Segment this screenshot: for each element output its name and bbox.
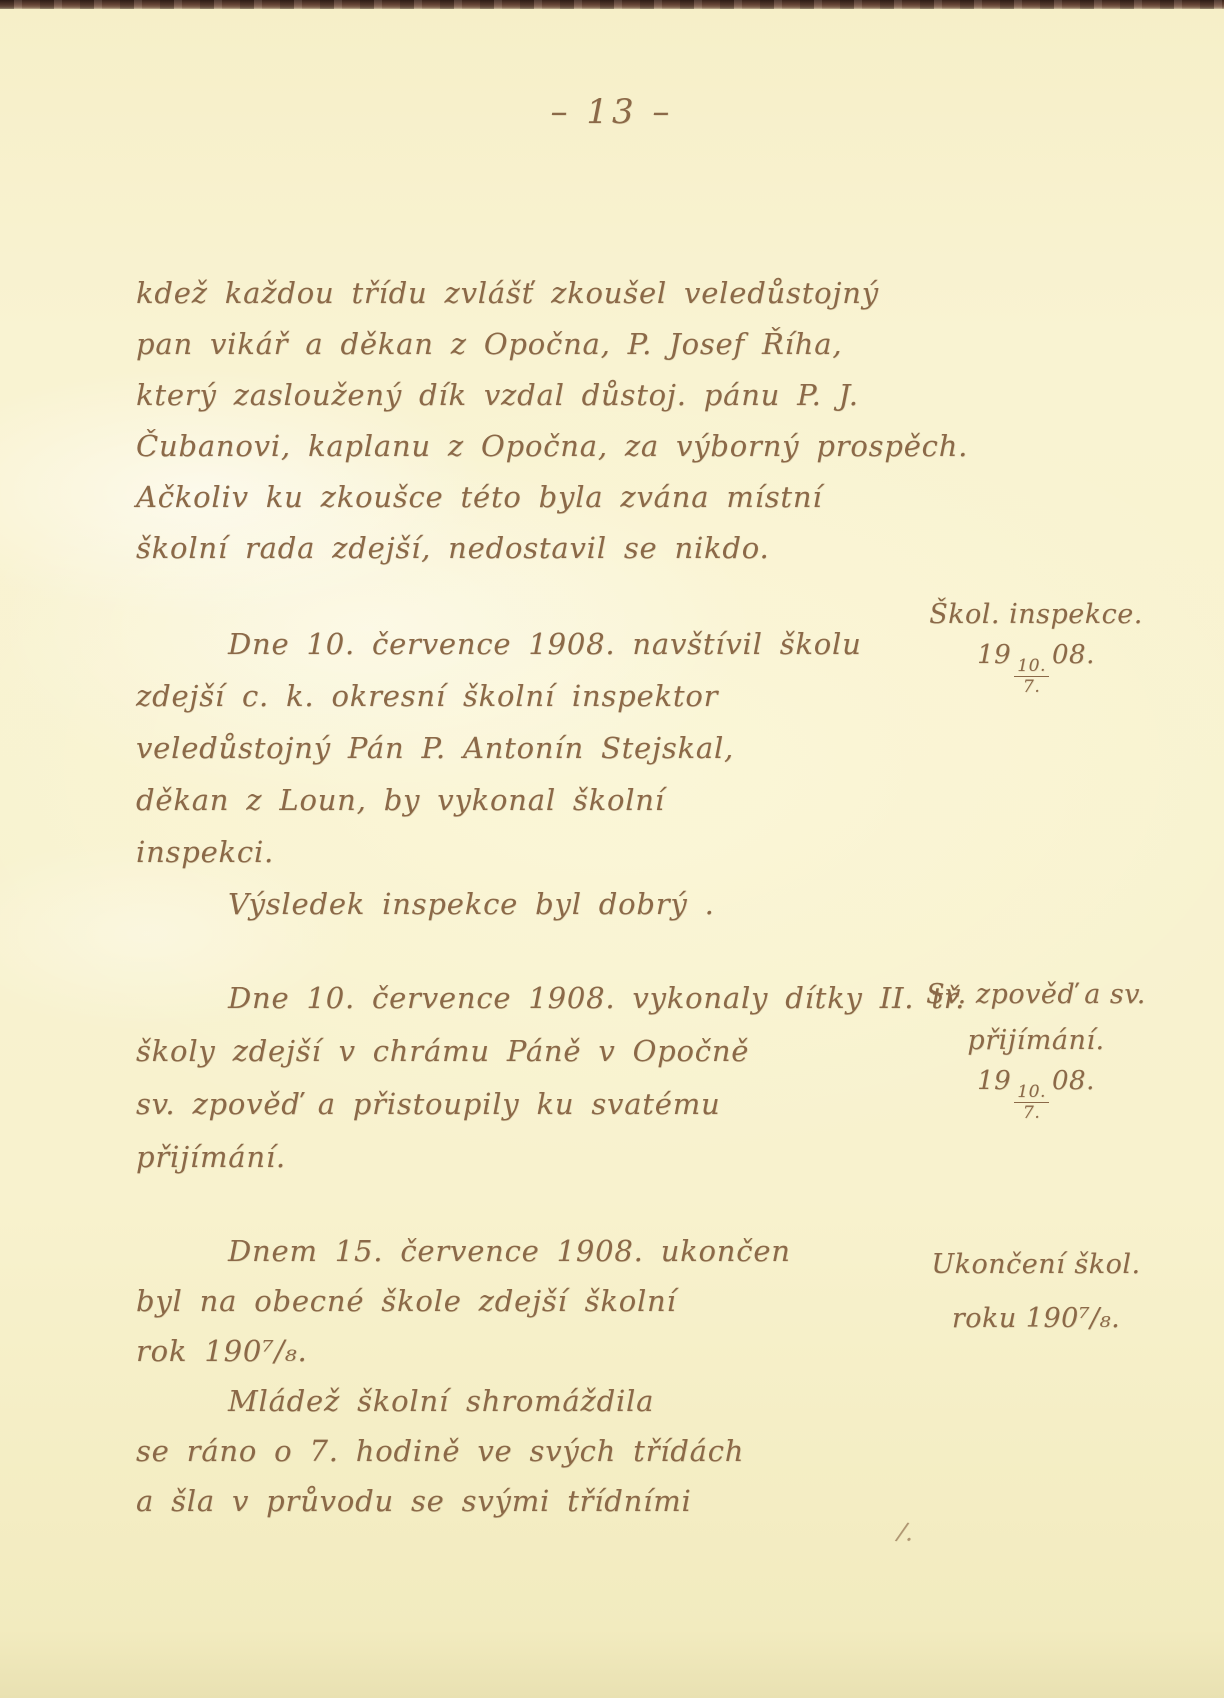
text-line: Ačkoliv ku zkoušce této byla zvána místn… <box>136 472 896 523</box>
margin-note-title: Škol. inspekce. <box>856 592 1216 638</box>
margin-note-title: Ukončení škol. <box>856 1238 1216 1292</box>
text-line: Výsledek inspekce byl dobrý . <box>136 878 896 930</box>
page-number: – 13 – <box>0 92 1224 132</box>
date-year-suffix: 08. <box>1052 1066 1095 1096</box>
pen-mark: /. <box>896 1517 915 1547</box>
text-line: Dne 10. července 1908. navštívil školu <box>136 618 896 670</box>
text-line: inspekci. <box>136 826 896 878</box>
margin-note-date: 1910.7.08. <box>977 640 1095 696</box>
text-line: přijímání. <box>136 1131 896 1184</box>
date-fraction: 10.7. <box>1014 657 1049 696</box>
text-line: zdejší c. k. okresní školní inspektor <box>136 670 896 722</box>
date-year-prefix: 19 <box>977 640 1011 670</box>
text-line: se ráno o 7. hodině ve svých třídách <box>136 1426 896 1476</box>
paragraph-end-of-school-year: Dnem 15. července 1908. ukončen byl na o… <box>136 1226 896 1526</box>
text-line: Čubanovi, kaplanu z Opočna, za výborný p… <box>136 421 896 472</box>
margin-note-title: Sv. zpověď a sv. <box>856 972 1216 1018</box>
margin-note-date: 1910.7.08. <box>977 1066 1095 1122</box>
text-line: děkan z Loun, by vykonal školní <box>136 774 896 826</box>
text-line: který zasloužený dík vzdal důstoj. pánu … <box>136 370 896 421</box>
date-month: 7. <box>1023 677 1040 696</box>
text-line: školy zdejší v chrámu Páně v Opočně <box>136 1025 896 1078</box>
margin-note-confession-communion: Sv. zpověď a sv. přijímání. 1910.7.08. <box>856 972 1216 1122</box>
date-year-prefix: 19 <box>977 1066 1011 1096</box>
text-line: pan vikář a děkan z Opočna, P. Josef Říh… <box>136 319 896 370</box>
date-day: 10. <box>1014 1083 1049 1103</box>
document-page: – 13 – kdež každou třídu zvlášť zkoušel … <box>0 0 1224 1698</box>
text-line: kdež každou třídu zvlášť zkoušel veledůs… <box>136 268 896 319</box>
paragraph-exam-account: kdež každou třídu zvlášť zkoušel veledůs… <box>136 268 896 574</box>
margin-note-title-line2: přijímání. <box>856 1018 1216 1064</box>
text-line: rok 190⁷/₈. <box>136 1326 896 1376</box>
text-line: Dnem 15. července 1908. ukončen <box>136 1226 896 1276</box>
date-month: 7. <box>1023 1103 1040 1122</box>
text-line: sv. zpověď a přistoupily ku svatému <box>136 1078 896 1131</box>
text-line: Dne 10. července 1908. vykonaly dítky II… <box>136 972 896 1025</box>
paragraph-confession-communion: Dne 10. července 1908. vykonaly dítky II… <box>136 972 896 1184</box>
paragraph-school-inspection: Dne 10. července 1908. navštívil školu z… <box>136 618 896 930</box>
margin-note-title-line2: roku 190⁷/₈. <box>856 1292 1216 1346</box>
text-line: a šla v průvodu se svými třídními <box>136 1476 896 1526</box>
text-line: byl na obecné škole zdejší školní <box>136 1276 896 1326</box>
date-fraction: 10.7. <box>1014 1083 1049 1122</box>
text-line: veledůstojný Pán P. Antonín Stejskal, <box>136 722 896 774</box>
margin-note-school-inspection: Škol. inspekce. 1910.7.08. <box>856 592 1216 696</box>
date-day: 10. <box>1014 657 1049 677</box>
binding-edge <box>0 0 1224 9</box>
text-line: školní rada zdejší, nedostavil se nikdo. <box>136 523 896 574</box>
margin-note-end-of-school-year: Ukončení škol. roku 190⁷/₈. <box>856 1238 1216 1346</box>
text-line: Mládež školní shromáždila <box>136 1376 896 1426</box>
date-year-suffix: 08. <box>1052 640 1095 670</box>
